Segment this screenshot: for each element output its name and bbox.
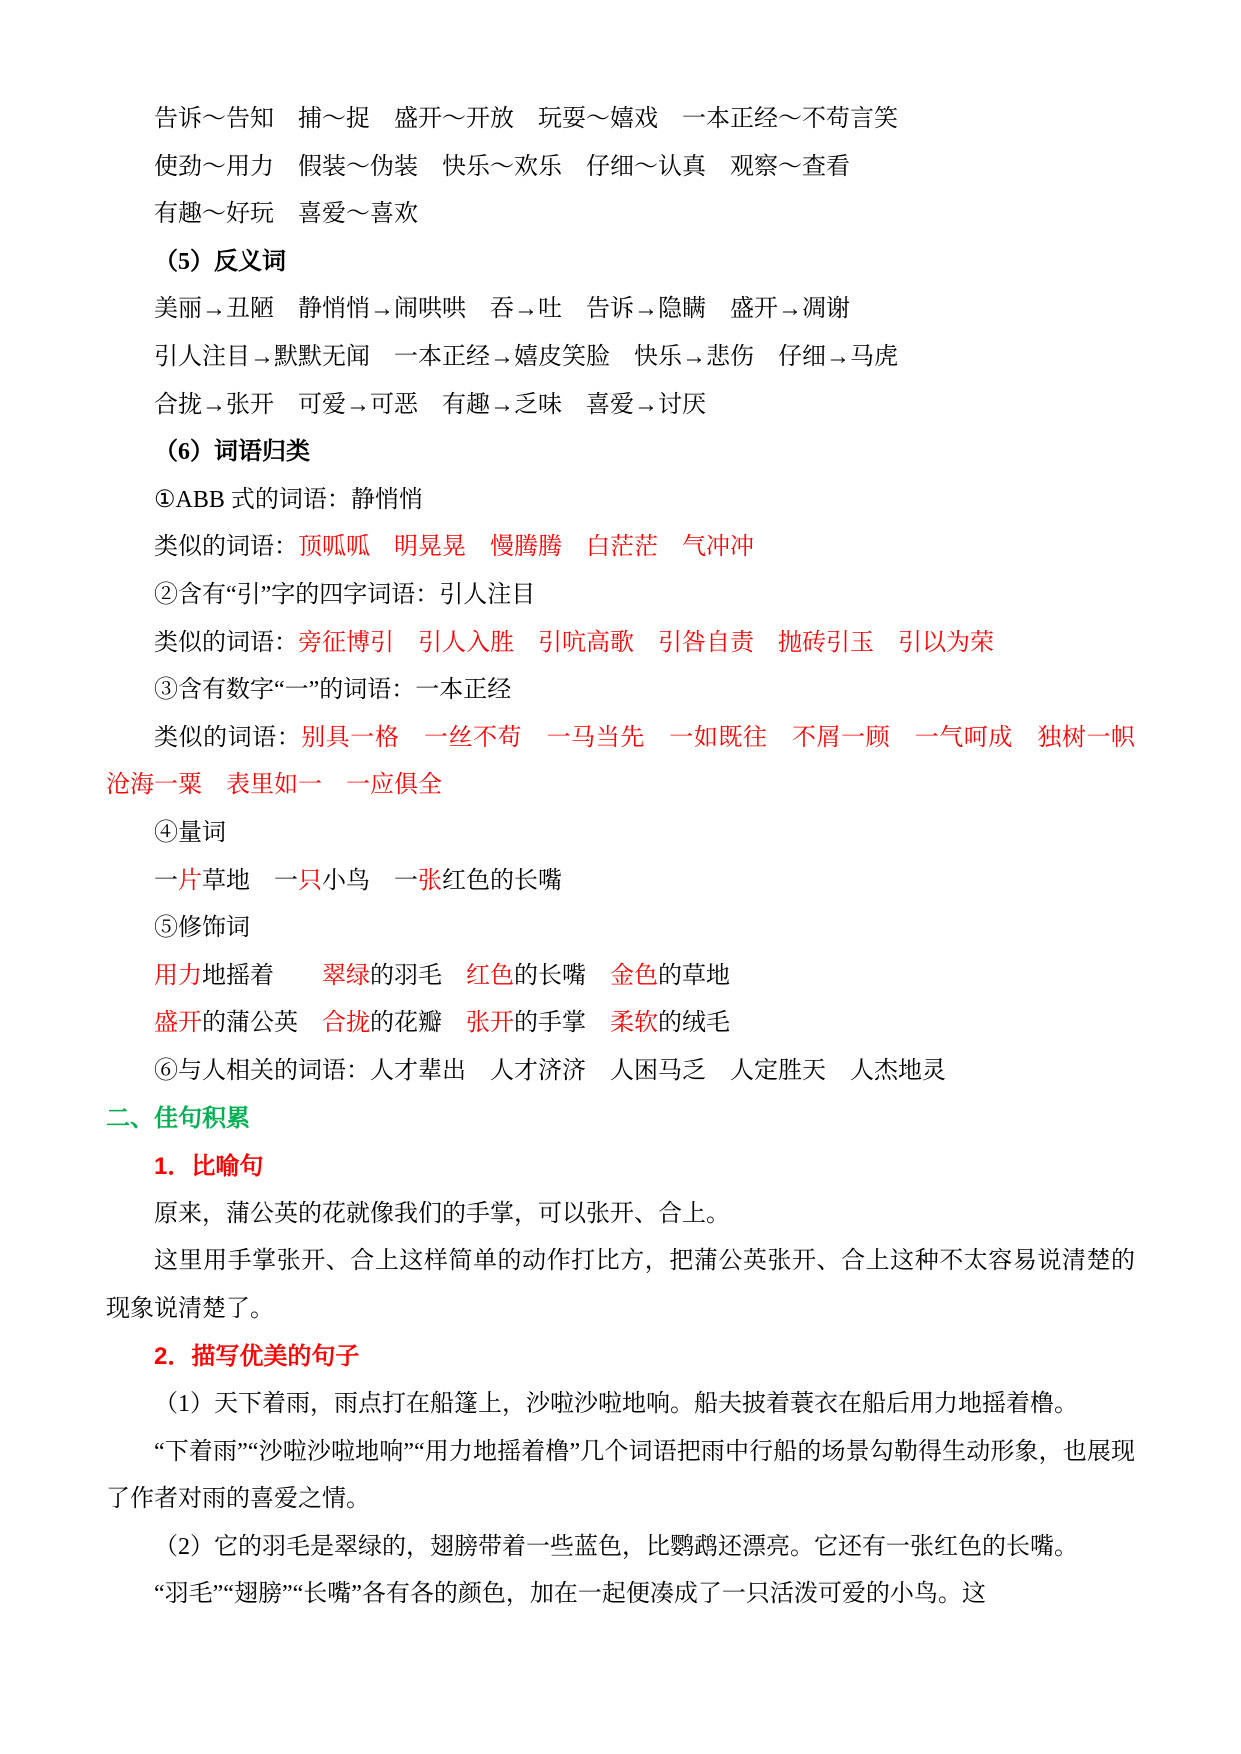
heading-sentence-accumulation: 二、佳句积累	[106, 1095, 1135, 1143]
text-segment: 的草地	[658, 963, 730, 989]
metaphor-analysis-line: 这里用手掌张开、合上这样简单的动作打比方，把蒲公英张开、合上这种不太容易说清楚的…	[106, 1238, 1135, 1333]
text-segment: ⑤修饰词	[154, 915, 250, 941]
highlighted-text-segment: 只	[298, 868, 322, 894]
yin-words-line: ②含有“引”字的四字词语：引人注目	[106, 572, 1135, 620]
text-segment: 二、佳句积累	[106, 1105, 250, 1132]
text-segment: 类似的词语：	[154, 534, 298, 560]
beautiful-sentence-2: （2）它的羽毛是翠绿的，翅膀带着一些蓝色，比鹦鹉还漂亮。它还有一张红色的长嘴。	[106, 1524, 1135, 1572]
highlighted-text-segment: 红色	[466, 963, 514, 989]
text-segment: （6）词语归类	[154, 439, 310, 465]
yin-similar-words-line: 类似的词语：旁征博引 引人入胜 引吭高歌 引咎自责 抛砖引玉 引以为荣	[106, 620, 1135, 668]
highlighted-text-segment: 片	[178, 868, 202, 894]
text-segment: 类似的词语：	[154, 725, 301, 751]
highlighted-text-segment: 翠绿	[322, 963, 370, 989]
heading-word-categories: （6）词语归类	[106, 429, 1135, 477]
highlighted-text-segment: 盛开	[154, 1010, 202, 1036]
one-similar-words-line: 类似的词语：别具一格 一丝不苟 一马当先 一如既往 不屑一顾 一气呵成 独树一帜…	[106, 715, 1135, 810]
text-segment: 原来，蒲公英的花就像我们的手掌，可以张开、合上。	[154, 1201, 730, 1227]
highlighted-text-segment: 用力	[154, 963, 202, 989]
highlighted-text-segment: 柔软	[610, 1010, 658, 1036]
abb-similar-words-line: 类似的词语：顶呱呱 明晃晃 慢腾腾 白茫茫 气冲冲	[106, 524, 1135, 572]
synonym-pairs-line-3: 有趣～好玩 喜爱～喜欢	[106, 191, 1135, 239]
highlighted-text-segment: 张开	[466, 1010, 514, 1036]
highlighted-text-segment: 合拢	[322, 1010, 370, 1036]
text-segment: 有趣～好玩 喜爱～喜欢	[154, 201, 418, 227]
text-segment: （1）天下着雨，雨点打在船篷上，沙啦沙啦地响。船夫披着蓑衣在船后用力地摇着橹。	[154, 1391, 1078, 1417]
highlighted-text-segment: 旁征博引 引人入胜 引吭高歌 引咎自责 抛砖引玉 引以为荣	[298, 630, 994, 656]
text-segment: （2）它的羽毛是翠绿的，翅膀带着一些蓝色，比鹦鹉还漂亮。它还有一张红色的长嘴。	[154, 1534, 1078, 1560]
highlighted-text-segment: 张	[418, 868, 442, 894]
one-words-line: ③含有数字“一”的词语：一本正经	[106, 667, 1135, 715]
text-segment: 小鸟 一	[322, 868, 418, 894]
text-segment: 的花瓣	[370, 1010, 466, 1036]
modifier-words-heading-line: ⑤修饰词	[106, 905, 1135, 953]
heading-metaphor-sentence: 1．比喻句	[106, 1143, 1135, 1191]
document-page: 告诉～告知 捕～捉 盛开～开放 玩耍～嬉戏 一本正经～不苟言笑使劲～用力 假装～…	[0, 0, 1241, 1754]
text-segment: 草地 一	[202, 868, 298, 894]
text-segment: 的羽毛	[370, 963, 466, 989]
text-segment: 红色的长嘴	[442, 868, 562, 894]
person-words-line: ⑥与人相关的词语：人才辈出 人才济济 人困马乏 人定胜天 人杰地灵	[106, 1048, 1135, 1096]
text-segment: 的蒲公英	[202, 1010, 322, 1036]
text-segment: 类似的词语：	[154, 630, 298, 656]
highlighted-text-segment: 顶呱呱 明晃晃 慢腾腾 白茫茫 气冲冲	[298, 534, 754, 560]
highlighted-text-segment: 金色	[610, 963, 658, 989]
text-segment: 这里用手掌张开、合上这样简单的动作打比方，把蒲公英张开、合上这种不太容易说清楚的…	[106, 1248, 1135, 1322]
text-segment: 引人注目→默默无闻 一本正经→嬉皮笑脸 快乐→悲伤 仔细→马虎	[154, 344, 898, 370]
antonym-pairs-line-1: 美丽→丑陋 静悄悄→闹哄哄 吞→吐 告诉→隐瞒 盛开→凋谢	[106, 286, 1135, 334]
text-segment: （5）反义词	[154, 249, 286, 275]
text-segment: “羽毛”“翅膀”“长嘴”各有各的颜色，加在一起便凑成了一只活泼可爱的小鸟。这	[154, 1581, 986, 1607]
text-segment: 的绒毛	[658, 1010, 730, 1036]
heading-beautiful-sentences: 2．描写优美的句子	[106, 1333, 1135, 1381]
text-segment: 使劲～用力 假装～伪装 快乐～欢乐 仔细～认真 观察～查看	[154, 154, 850, 180]
text-segment: 美丽→丑陋 静悄悄→闹哄哄 吞→吐 告诉→隐瞒 盛开→凋谢	[154, 296, 850, 322]
abb-words-line: ①ABB 式的词语：静悄悄	[106, 477, 1135, 525]
beautiful-sentence-1: （1）天下着雨，雨点打在船篷上，沙啦沙啦地响。船夫披着蓑衣在船后用力地摇着橹。	[106, 1381, 1135, 1429]
modifier-examples-line-1: 用力地摇着 翠绿的羽毛 红色的长嘴 金色的草地	[106, 953, 1135, 1001]
text-segment: 合拢→张开 可爱→可恶 有趣→乏味 喜爱→讨厌	[154, 392, 706, 418]
synonym-pairs-line-1: 告诉～告知 捕～捉 盛开～开放 玩耍～嬉戏 一本正经～不苟言笑	[106, 96, 1135, 144]
heading-antonyms: （5）反义词	[106, 239, 1135, 287]
beautiful-sentence-2-analysis: “羽毛”“翅膀”“长嘴”各有各的颜色，加在一起便凑成了一只活泼可爱的小鸟。这	[106, 1571, 1135, 1619]
antonym-pairs-line-3: 合拢→张开 可爱→可恶 有趣→乏味 喜爱→讨厌	[106, 382, 1135, 430]
document-body: 告诉～告知 捕～捉 盛开～开放 玩耍～嬉戏 一本正经～不苟言笑使劲～用力 假装～…	[106, 96, 1135, 1619]
modifier-examples-line-2: 盛开的蒲公英 合拢的花瓣 张开的手掌 柔软的绒毛	[106, 1000, 1135, 1048]
text-segment: “下着雨”“沙啦沙啦地响”“用力地摇着橹”几个词语把雨中行船的场景勾勒得生动形象…	[106, 1439, 1135, 1513]
text-segment: ⑥与人相关的词语：人才辈出 人才济济 人困马乏 人定胜天 人杰地灵	[154, 1058, 946, 1084]
measure-words-examples-line: 一片草地 一只小鸟 一张红色的长嘴	[106, 858, 1135, 906]
metaphor-example-line: 原来，蒲公英的花就像我们的手掌，可以张开、合上。	[106, 1191, 1135, 1239]
text-segment: ②含有“引”字的四字词语：引人注目	[154, 582, 535, 608]
antonym-pairs-line-2: 引人注目→默默无闻 一本正经→嬉皮笑脸 快乐→悲伤 仔细→马虎	[106, 334, 1135, 382]
beautiful-sentence-1-analysis: “下着雨”“沙啦沙啦地响”“用力地摇着橹”几个词语把雨中行船的场景勾勒得生动形象…	[106, 1429, 1135, 1524]
text-segment: ①ABB 式的词语：静悄悄	[154, 487, 423, 513]
text-segment: 告诉～告知 捕～捉 盛开～开放 玩耍～嬉戏 一本正经～不苟言笑	[154, 106, 898, 132]
text-segment: 2．描写优美的句子	[154, 1343, 359, 1370]
text-segment: ③含有数字“一”的词语：一本正经	[154, 677, 511, 703]
text-segment: 1．比喻句	[154, 1153, 263, 1180]
text-segment: 的手掌	[514, 1010, 610, 1036]
measure-words-heading-line: ④量词	[106, 810, 1135, 858]
text-segment: 的长嘴	[514, 963, 610, 989]
text-segment: 地摇着	[202, 963, 322, 989]
text-segment: ④量词	[154, 820, 226, 846]
synonym-pairs-line-2: 使劲～用力 假装～伪装 快乐～欢乐 仔细～认真 观察～查看	[106, 144, 1135, 192]
text-segment: 一	[154, 868, 178, 894]
